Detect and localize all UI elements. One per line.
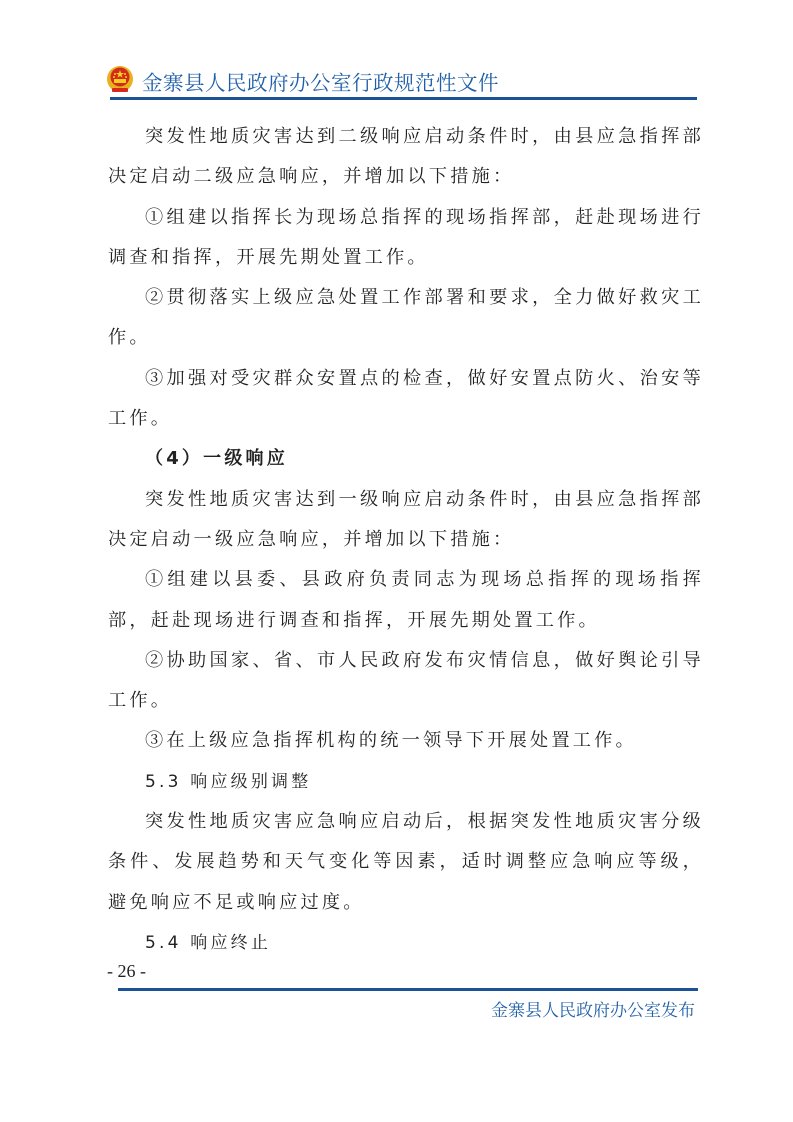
list-item: ③加强对受灾群众安置点的检查，做好安置点防火、治安等工作。 <box>108 359 704 440</box>
publisher-label: 金寨县人民政府办公室发布 <box>491 996 695 1021</box>
footer-divider <box>118 988 698 991</box>
document-header: 金寨县人民政府办公室行政规范性文件 <box>104 62 698 102</box>
national-emblem-icon <box>104 64 136 96</box>
list-item: ①组建以县委、县政府负责同志为现场总指挥的现场指挥部，赶赴现场进行调查和指挥，开… <box>108 560 704 641</box>
section-heading: 5.3 响应级别调整 <box>108 762 704 802</box>
paragraph: 突发性地质灾害应急响应启动后，根据突发性地质灾害分级条件、发展趋势和天气变化等因… <box>108 802 704 923</box>
section-heading: （4）一级响应 <box>108 439 704 479</box>
list-item: ①组建以指挥长为现场总指挥的现场指挥部，赶赴现场进行调查和指挥，开展先期处置工作… <box>108 198 704 279</box>
list-item: ③在上级应急指挥机构的统一领导下开展处置工作。 <box>108 721 704 761</box>
paragraph: 突发性地质灾害达到二级响应启动条件时，由县应急指挥部决定启动二级应急响应，并增加… <box>108 117 704 198</box>
document-header-title: 金寨县人民政府办公室行政规范性文件 <box>142 66 499 96</box>
header-divider <box>110 97 697 100</box>
paragraph: 突发性地质灾害达到一级响应启动条件时，由县应急指挥部决定启动一级应急响应，并增加… <box>108 480 704 561</box>
list-item: ②贯彻落实上级应急处置工作部署和要求，全力做好救灾工作。 <box>108 278 704 359</box>
page-number: - 26 - <box>107 961 146 982</box>
document-body: 突发性地质灾害达到二级响应启动条件时，由县应急指挥部决定启动二级应急响应，并增加… <box>108 117 704 963</box>
section-heading: 5.4 响应终止 <box>108 923 704 963</box>
list-item: ②协助国家、省、市人民政府发布灾情信息，做好舆论引导工作。 <box>108 641 704 722</box>
